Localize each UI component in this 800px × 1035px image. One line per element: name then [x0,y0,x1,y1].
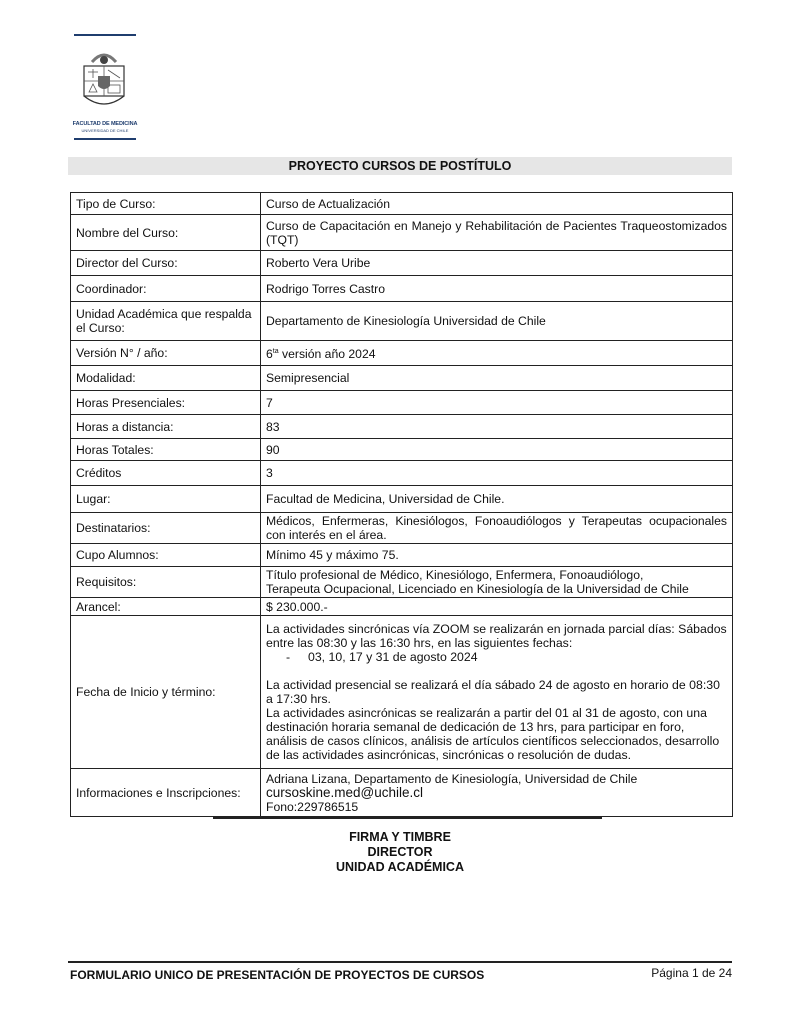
row-value: 6ta versión año 2024 [261,341,733,366]
table-row: Coordinador: Rodrigo Torres Castro [71,276,733,302]
row-label: Cupo Alumnos: [71,544,261,567]
row-value: 83 [261,415,733,439]
row-label: Modalidad: [71,366,261,391]
row-label: Tipo de Curso: [71,193,261,215]
signature-line-2: DIRECTOR [0,845,800,860]
version-year: versión año 2024 [279,347,376,361]
table-row: Director del Curso: Roberto Vera Uribe [71,251,733,276]
list-dash: - [286,650,308,664]
schedule-async-paragraph: La actividades asincrónicas se realizará… [266,706,727,762]
logo-bottom-rule [74,138,136,140]
row-value: 7 [261,391,733,415]
table-row: Requisitos: Título profesional de Médico… [71,567,733,598]
version-number: 6 [266,347,273,361]
document-title: PROYECTO CURSOS DE POSTÍTULO [68,157,732,175]
footer-page-number: Página 1 de 24 [651,966,732,980]
row-label: Horas a distancia: [71,415,261,439]
row-value: Semipresencial [261,366,733,391]
row-value: Curso de Actualización [261,193,733,215]
row-value: Adriana Lizana, Departamento de Kinesiol… [261,769,733,817]
table-row: Arancel: $ 230.000.- [71,598,733,616]
row-label: Fecha de Inicio y término: [71,616,261,769]
course-form-table: Tipo de Curso: Curso de Actualización No… [70,192,733,817]
row-value: Rodrigo Torres Castro [261,276,733,302]
contact-phone: Fono:229786515 [266,800,727,814]
table-row: Lugar: Facultad de Medicina, Universidad… [71,486,733,513]
row-value: Título profesional de Médico, Kinesiólog… [261,567,733,598]
logo-top-rule [74,34,136,36]
row-label: Créditos [71,461,261,486]
row-label: Versión N° / año: [71,341,261,366]
row-value: $ 230.000.- [261,598,733,616]
contact-person: Adriana Lizana, Departamento de Kinesiol… [266,772,727,786]
row-label: Horas Totales: [71,439,261,461]
signature-line-3: UNIDAD ACADÉMICA [0,860,800,875]
row-label: Destinatarios: [71,513,261,544]
schedule-presential-paragraph: La actividad presencial se realizará el … [266,678,727,706]
row-value: Curso de Capacitación en Manejo y Rehabi… [261,215,733,251]
table-row: Horas Totales: 90 [71,439,733,461]
university-crest-icon [78,50,130,112]
schedule-dates-list-item: -03, 10, 17 y 31 de agosto 2024 [266,650,727,664]
requisites-line-1: Título profesional de Médico, Kinesiólog… [266,568,727,582]
row-value: Mínimo 45 y máximo 75. [261,544,733,567]
row-value: 3 [261,461,733,486]
faculty-logo: FACULTAD DE MEDICINA UNIVERSIDAD DE CHIL… [68,34,142,142]
table-row: Modalidad: Semipresencial [71,366,733,391]
row-label: Coordinador: [71,276,261,302]
table-row: Destinatarios: Médicos, Enfermeras, Kine… [71,513,733,544]
row-value: Departamento de Kinesiología Universidad… [261,302,733,341]
logo-university-name: UNIVERSIDAD DE CHILE [68,128,142,133]
table-row: Cupo Alumnos: Mínimo 45 y máximo 75. [71,544,733,567]
row-value: Roberto Vera Uribe [261,251,733,276]
row-label: Nombre del Curso: [71,215,261,251]
schedule-sync-paragraph: La actividades sincrónicas vía ZOOM se r… [266,622,727,650]
signature-line [213,817,602,819]
table-row: Versión N° / año: 6ta versión año 2024 [71,341,733,366]
row-label: Unidad Académica que respalda el Curso: [71,302,261,341]
footer-rule [68,961,732,963]
row-label: Informaciones e Inscripciones: [71,769,261,817]
contact-email: cursoskine.med@uchile.cl [266,786,727,800]
table-row: Informaciones e Inscripciones: Adriana L… [71,769,733,817]
table-row: Unidad Académica que respalda el Curso: … [71,302,733,341]
schedule-dates: 03, 10, 17 y 31 de agosto 2024 [308,650,478,664]
row-label: Director del Curso: [71,251,261,276]
table-row: Nombre del Curso: Curso de Capacitación … [71,215,733,251]
row-value: La actividades sincrónicas vía ZOOM se r… [261,616,733,769]
signature-block: FIRMA Y TIMBRE DIRECTOR UNIDAD ACADÉMICA [0,830,800,875]
row-value: 90 [261,439,733,461]
row-label: Horas Presenciales: [71,391,261,415]
row-value: Médicos, Enfermeras, Kinesiólogos, Fonoa… [261,513,733,544]
table-row: Horas a distancia: 83 [71,415,733,439]
row-label: Requisitos: [71,567,261,598]
table-row: Tipo de Curso: Curso de Actualización [71,193,733,215]
row-value: Facultad de Medicina, Universidad de Chi… [261,486,733,513]
requisites-line-2: Terapeuta Ocupacional, Licenciado en Kin… [266,582,727,596]
row-label: Arancel: [71,598,261,616]
logo-faculty-name: FACULTAD DE MEDICINA [68,121,142,127]
table-row: Créditos 3 [71,461,733,486]
table-row: Fecha de Inicio y término: La actividade… [71,616,733,769]
row-label: Lugar: [71,486,261,513]
footer-form-name: FORMULARIO UNICO DE PRESENTACIÓN DE PROY… [70,968,484,982]
table-row: Horas Presenciales: 7 [71,391,733,415]
signature-line-1: FIRMA Y TIMBRE [0,830,800,845]
